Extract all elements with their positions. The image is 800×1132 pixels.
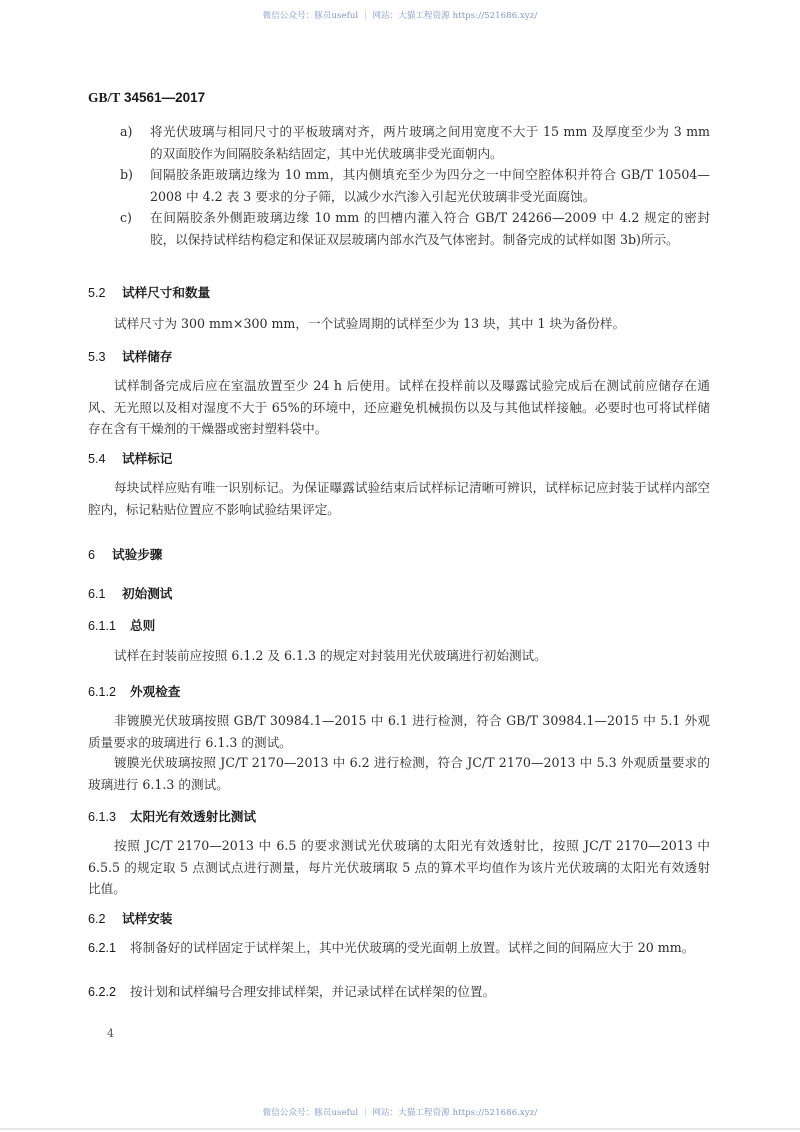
- section-number: 6.2: [88, 912, 122, 926]
- heading-5-2: 5.2试样尺寸和数量: [88, 282, 210, 301]
- heading-6-1-2: 6.1.2外观检查: [88, 681, 180, 700]
- list-marker: c): [120, 207, 132, 229]
- list-marker: b): [120, 164, 133, 186]
- standard-code: GB/T 34561—2017: [88, 90, 205, 106]
- standard-prefix: GB/T: [88, 90, 120, 105]
- section-number: 6.1.1: [88, 619, 130, 633]
- clause-6-2-2: 6.2.2按计划和试样编号合理安排试样架，并记录试样在试样架的位置。: [88, 981, 710, 1004]
- preparation-steps-list: a) 将光伏玻璃与相同尺寸的平板玻璃对齐，两片玻璃之间用宽度不大于 15 mm …: [120, 121, 710, 250]
- watermark-bottom: 微信公众号：豚员useful ｜ 网站：大猫工程资源 https://52168…: [0, 1106, 800, 1118]
- section-title: 总则: [130, 618, 155, 633]
- section-number: 5.4: [88, 452, 122, 466]
- list-item-a: a) 将光伏玻璃与相同尺寸的平板玻璃对齐，两片玻璃之间用宽度不大于 15 mm …: [120, 121, 710, 164]
- section-title: 试样安装: [122, 911, 172, 926]
- heading-6-2: 6.2试样安装: [88, 908, 172, 927]
- standard-number: 34561—2017: [124, 90, 205, 105]
- section-title: 太阳光有效透射比测试: [130, 809, 256, 824]
- clause-number: 6.2.2: [88, 982, 130, 1004]
- clause-6-2-1: 6.2.1将制备好的试样固定于试样架上，其中光伏玻璃的受光面朝上放置。试样之间的…: [88, 937, 710, 960]
- list-item-c: c) 在间隔胶条外侧距玻璃边缘 10 mm 的凹槽内灌入符合 GB/T 2426…: [120, 207, 710, 250]
- heading-6-1-3: 6.1.3太阳光有效透射比测试: [88, 806, 256, 825]
- paragraph-6-1-2-b: 镀膜光伏玻璃按照 JC/T 2170—2013 中 6.2 进行检测，符合 JC…: [88, 752, 710, 795]
- watermark-top: 微信公众号：豚员useful ｜ 网站：大猫工程资源 https://52168…: [0, 9, 800, 21]
- paragraph-6-1-2-a: 非镀膜光伏玻璃按照 GB/T 30984.1—2015 中 6.1 进行检测，符…: [88, 710, 710, 753]
- section-title: 试样尺寸和数量: [122, 285, 210, 300]
- clause-text: 按计划和试样编号合理安排试样架，并记录试样在试样架的位置。: [130, 984, 495, 999]
- section-title: 外观检查: [130, 684, 180, 699]
- list-text: 在间隔胶条外侧距玻璃边缘 10 mm 的凹槽内灌入符合 GB/T 24266—2…: [150, 210, 710, 247]
- paragraph-5-4: 每块试样应贴有唯一识别标记。为保证曝露试验结束后试样标记清晰可辨识，试样标记应封…: [88, 477, 710, 520]
- section-number: 5.2: [88, 286, 122, 300]
- list-marker: a): [120, 121, 132, 143]
- section-title: 试样储存: [122, 349, 172, 364]
- section-number: 6.1.2: [88, 685, 130, 699]
- paragraph-6-1-3: 按照 JC/T 2170—2013 中 6.5 的要求测试光伏玻璃的太阳光有效透…: [88, 835, 710, 900]
- page-bottom-divider: [0, 1128, 800, 1130]
- clause-text: 将制备好的试样固定于试样架上，其中光伏玻璃的受光面朝上放置。试样之间的间隔应大于…: [130, 940, 694, 955]
- heading-5-3: 5.3试样储存: [88, 346, 172, 365]
- section-number: 5.3: [88, 350, 122, 364]
- section-number: 6.1: [88, 587, 122, 601]
- list-text: 将光伏玻璃与相同尺寸的平板玻璃对齐，两片玻璃之间用宽度不大于 15 mm 及厚度…: [150, 124, 710, 161]
- paragraph-5-2: 试样尺寸为 300 mm×300 mm，一个试验周期的试样至少为 13 块，其中…: [88, 313, 710, 335]
- section-title: 试样标记: [122, 451, 172, 466]
- heading-6-1: 6.1初始测试: [88, 583, 172, 602]
- page-number: 4: [107, 1027, 114, 1040]
- section-title: 试验步骤: [112, 547, 162, 562]
- heading-5-4: 5.4试样标记: [88, 448, 172, 467]
- paragraph-6-1-1: 试样在封装前应按照 6.1.2 及 6.1.3 的规定对封装用光伏玻璃进行初始测…: [88, 645, 710, 667]
- section-number: 6: [88, 548, 112, 562]
- list-text: 间隔胶条距玻璃边缘为 10 mm，其内侧填充至少为四分之一中间空腔体积并符合 G…: [150, 167, 710, 204]
- heading-6: 6试验步骤: [88, 544, 162, 563]
- paragraph-5-3: 试样制备完成后应在室温放置至少 24 h 后使用。试样在投样前以及曝露试验完成后…: [88, 375, 710, 440]
- heading-6-1-1: 6.1.1总则: [88, 615, 155, 634]
- list-item-b: b) 间隔胶条距玻璃边缘为 10 mm，其内侧填充至少为四分之一中间空腔体积并符…: [120, 164, 710, 207]
- section-title: 初始测试: [122, 586, 172, 601]
- section-number: 6.1.3: [88, 810, 130, 824]
- clause-number: 6.2.1: [88, 938, 130, 960]
